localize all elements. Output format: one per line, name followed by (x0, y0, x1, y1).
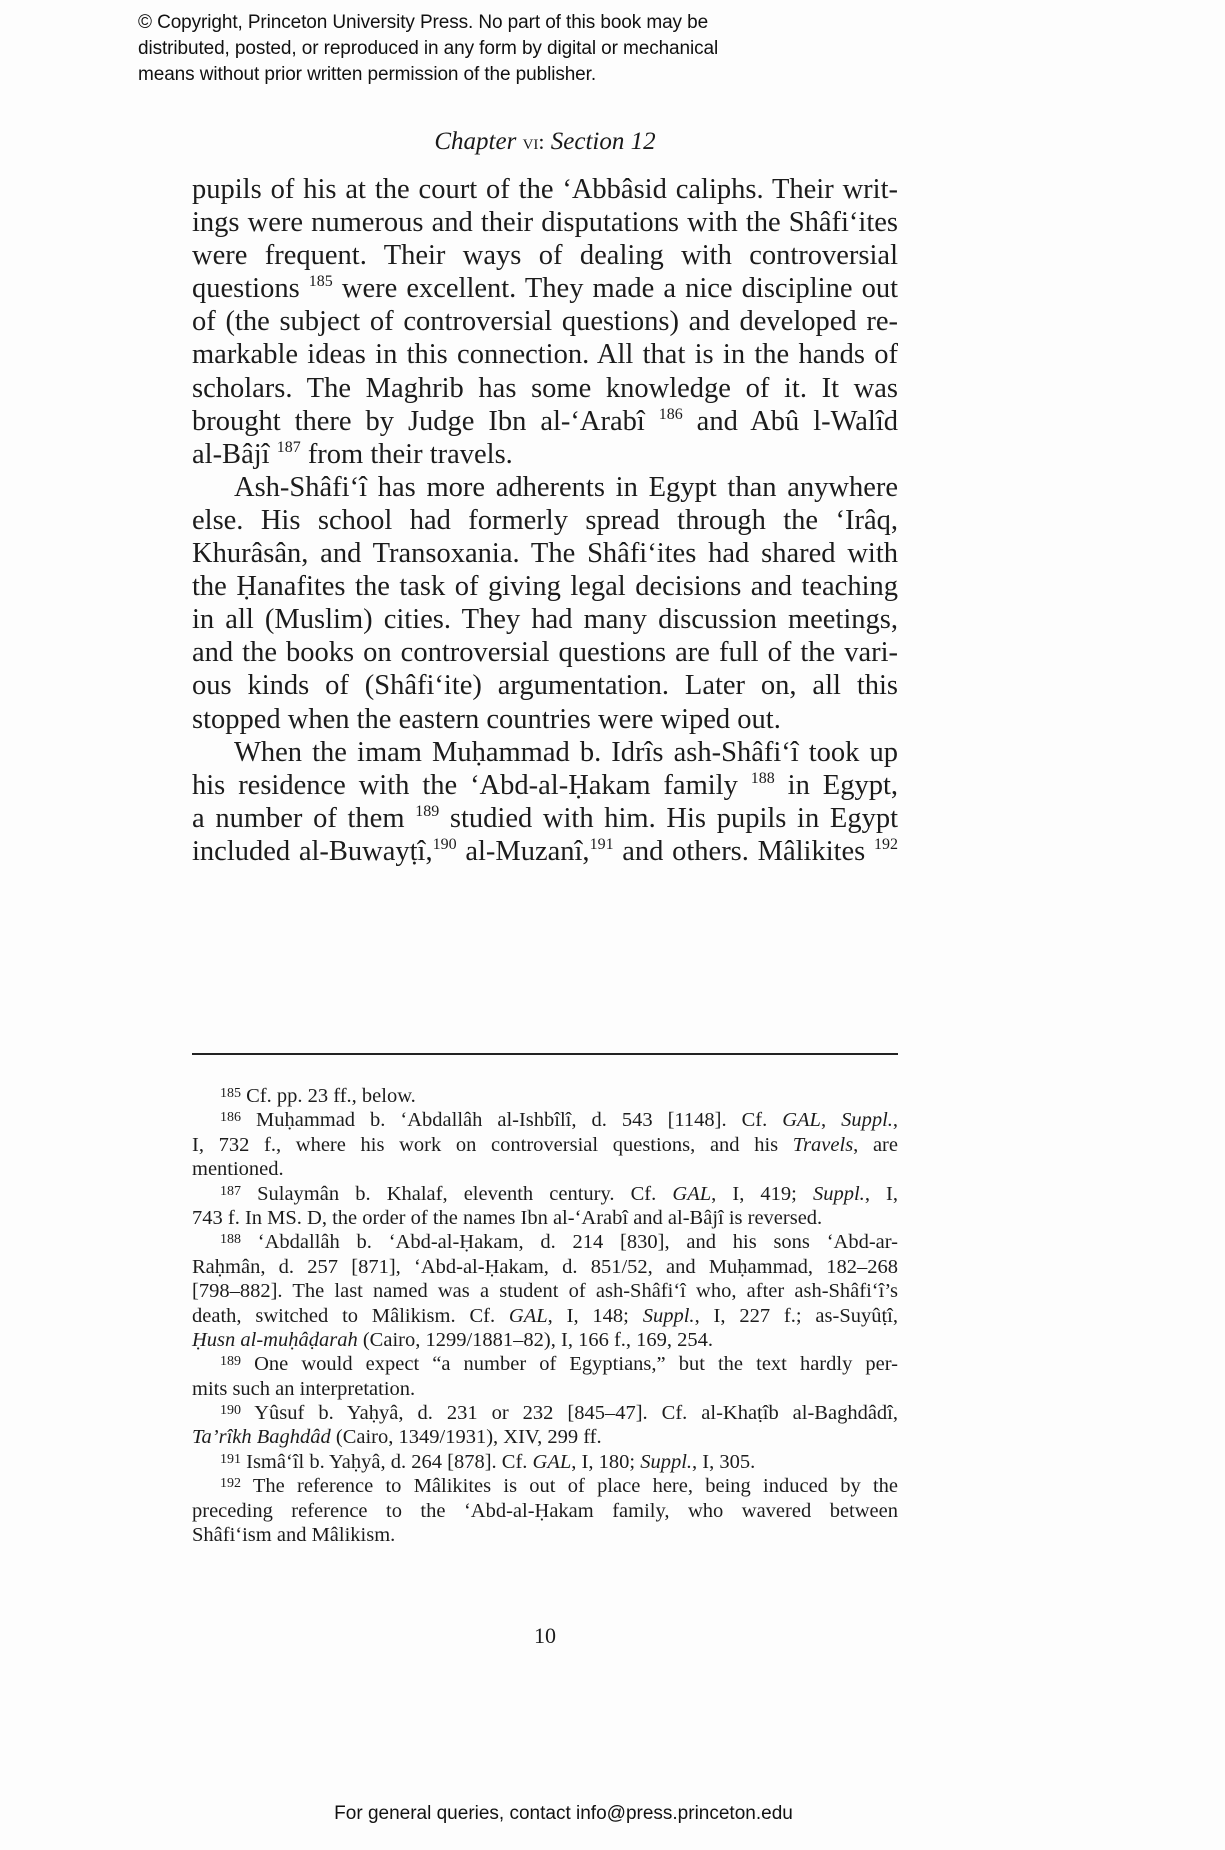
footnote-reference[interactable]: 187 (277, 439, 301, 456)
body-line-text: were frequent. Their ways of dealing wit… (192, 240, 898, 271)
footnote-text: Yûsuf b. Yaḥyâ, d. 231 or 232 [845–47]. … (241, 1402, 898, 1424)
body-line-text: and others. Mâlikites (614, 836, 874, 867)
footnote-line: 185 Cf. pp. 23 ff., below. (192, 1084, 898, 1108)
footnote-line: Ta’rîkh Baghdâd (Cairo, 1349/1931), XIV,… (192, 1425, 898, 1449)
footnote-number: 189 (220, 1354, 241, 1369)
body-line: brought there by Judge Ibn al-‘Arabî 186… (192, 405, 898, 438)
footnote-text: 743 f. In MS. D, the order of the names … (192, 1207, 822, 1229)
footnote-line: 190 Yûsuf b. Yaḥyâ, d. 231 or 232 [845–4… (192, 1401, 898, 1425)
body-line-text: markable ideas in this connection. All t… (192, 339, 898, 370)
footer-contact-text: For general queries, contact info@press.… (334, 1803, 793, 1825)
footnote-reference[interactable]: 192 (874, 836, 898, 853)
footnote-line: 192 The reference to Mâlikites is out of… (192, 1474, 898, 1498)
footnote-reference[interactable]: 188 (751, 770, 775, 787)
footnote-citation-title: Ta’rîkh Baghdâd (192, 1426, 331, 1448)
body-line: When the imam Muḥammad b. Idrîs ash-Shâf… (192, 736, 898, 769)
footnote-reference[interactable]: 189 (415, 803, 439, 820)
footnote-text: , (893, 1109, 898, 1131)
footnote-citation-title: GAL (533, 1451, 572, 1473)
body-line: Khurâsân, and Transoxania. The Shâfi‘ite… (192, 537, 898, 570)
footnote-line: 189 One would expect “a number of Egypti… (192, 1352, 898, 1376)
footnote-text: , I, 305. (692, 1451, 755, 1473)
footnote-number: 186 (220, 1110, 241, 1125)
footnote-reference[interactable]: 190 (433, 836, 457, 853)
body-line: and the books on controversial questions… (192, 636, 898, 669)
copyright-notice: © Copyright, Princeton University Press.… (138, 10, 1008, 88)
footnote-citation-title: Travels (793, 1134, 853, 1156)
footnote-line: mits such an interpretation. (192, 1377, 898, 1401)
footnote-text: Raḥmân, d. 257 [871], ‘Abd-al-Ḥakam, d. … (192, 1256, 898, 1278)
body-line-text: and Abû l-Walîd (683, 406, 898, 437)
body-line: ous kinds of (Shâfi‘ite) argumentation. … (192, 669, 898, 702)
body-line: the Ḥanafites the task of giving legal d… (192, 570, 898, 603)
footnote-text: Sulaymân b. Khalaf, eleventh century. Cf… (241, 1183, 672, 1205)
running-head-numeral: vi: (523, 129, 545, 154)
body-line-text: scholars. The Maghrib has some knowledge… (192, 373, 898, 404)
body-line-text: in Egypt, (775, 770, 898, 801)
footnote-text: , I, (865, 1183, 898, 1205)
body-line-text: from their travels. (301, 439, 513, 470)
copyright-line: distributed, posted, or reproduced in an… (138, 36, 1008, 62)
footnote-number: 191 (220, 1452, 241, 1467)
footnote-line: Ḥusn al-muḥâḍarah (Cairo, 1299/1881–82),… (192, 1328, 898, 1352)
footnote-line: preceding reference to the ‘Abd-al-Ḥakam… (192, 1499, 898, 1523)
footnote-line: Raḥmân, d. 257 [871], ‘Abd-al-Ḥakam, d. … (192, 1255, 898, 1279)
book-page: © Copyright, Princeton University Press.… (0, 0, 1225, 1850)
running-head-section: Section 12 (551, 128, 656, 155)
body-line-text: brought there by Judge Ibn al-‘Arabî (192, 406, 659, 437)
body-line-text: studied with him. His pupils in Egypt (439, 803, 898, 834)
footnotes: 185 Cf. pp. 23 ff., below.186 Muḥammad b… (192, 1084, 898, 1547)
footnote-text: ‘Abdallâh b. ‘Abd-al-Ḥakam, d. 214 [830]… (241, 1231, 898, 1253)
footnote-text: One would expect “a number of Egyptians,… (241, 1353, 898, 1375)
footnote-separator (192, 1053, 898, 1055)
footnote-line: mentioned. (192, 1157, 898, 1181)
footnote-line: I, 732 f., where his work on controversi… (192, 1133, 898, 1157)
footnote-number: 188 (220, 1232, 241, 1247)
body-line-text: were excellent. They made a nice discipl… (333, 273, 898, 304)
body-line: included al-Buwayṭî,190 al-Muzanî,191 an… (192, 835, 898, 868)
body-line-text: al-Bâjî (192, 439, 277, 470)
footnote-text: I, 732 f., where his work on controversi… (192, 1134, 793, 1156)
body-line: questions 185 were excellent. They made … (192, 272, 898, 305)
footnote-text: Muḥammad b. ‘Abdallâh al-Ishbîlî, d. 543… (241, 1109, 782, 1131)
footnote-line: death, switched to Mâlikism. Cf. GAL, I,… (192, 1304, 898, 1328)
body-line-text: included al-Buwayṭî, (192, 836, 433, 867)
body-line-text: ings were numerous and their disputation… (192, 207, 898, 238)
body-line-text: else. His school had formerly spread thr… (192, 505, 898, 536)
footnote-text: Ismâ‘îl b. Yaḥyâ, d. 264 [878]. Cf. (241, 1451, 533, 1473)
footnote-text: , are (853, 1134, 898, 1156)
body-line-text: the Ḥanafites the task of giving legal d… (192, 571, 898, 602)
footnote-text: Shâfi‘ism and Mâlikism. (192, 1524, 395, 1546)
copyright-line: means without prior written permission o… (138, 62, 1008, 88)
body-line-text: and the books on controversial questions… (192, 637, 898, 668)
body-line-text: al-Muzanî, (457, 836, 590, 867)
footnote-text: , I, 180; (571, 1451, 640, 1473)
footnote-line: 743 f. In MS. D, the order of the names … (192, 1206, 898, 1230)
footnote-text: , I, 419; (711, 1183, 813, 1205)
footnote-text: death, switched to Mâlikism. Cf. (192, 1305, 509, 1327)
footnote-line: Shâfi‘ism and Mâlikism. (192, 1523, 898, 1547)
body-line: were frequent. Their ways of dealing wit… (192, 239, 898, 272)
footnote-line: 188 ‘Abdallâh b. ‘Abd-al-Ḥakam, d. 214 [… (192, 1230, 898, 1254)
page-number: 10 (192, 1623, 898, 1649)
footnote-line: 186 Muḥammad b. ‘Abdallâh al-Ishbîlî, d.… (192, 1108, 898, 1132)
footnote-text: The reference to Mâlikites is out of pla… (241, 1475, 898, 1497)
running-head: Chapter vi: Section 12 (192, 128, 898, 156)
body-line-text: Ash-Shâfi‘î has more adherents in Egypt … (234, 472, 898, 503)
body-line: stopped when the eastern countries were … (192, 703, 898, 736)
footnote-text: , (821, 1109, 841, 1131)
body-line: al-Bâjî 187 from their travels. (192, 438, 898, 471)
footnote-text: [798–882]. The last named was a student … (192, 1280, 898, 1302)
body-text: pupils of his at the court of the ‘Abbâs… (192, 173, 898, 868)
body-line: markable ideas in this connection. All t… (192, 338, 898, 371)
body-line: Ash-Shâfi‘î has more adherents in Egypt … (192, 471, 898, 504)
body-line: in all (Muslim) cities. They had many di… (192, 603, 898, 636)
footnote-text: (Cairo, 1349/1931), XIV, 299 ff. (331, 1426, 602, 1448)
body-line: else. His school had formerly spread thr… (192, 504, 898, 537)
footnote-number: 190 (220, 1403, 241, 1418)
body-line: of (the subject of controversial questio… (192, 305, 898, 338)
footnote-citation-title: Suppl. (841, 1109, 893, 1131)
footnote-text: mits such an interpretation. (192, 1378, 415, 1400)
footnote-citation-title: Suppl. (643, 1305, 695, 1327)
body-line-text: Khurâsân, and Transoxania. The Shâfi‘ite… (192, 538, 898, 569)
footnote-citation-title: Suppl. (640, 1451, 692, 1473)
body-line: pupils of his at the court of the ‘Abbâs… (192, 173, 898, 206)
body-line-text: ous kinds of (Shâfi‘ite) argumentation. … (192, 670, 898, 701)
body-line: a number of them 189 studied with him. H… (192, 802, 898, 835)
body-line: scholars. The Maghrib has some knowledge… (192, 372, 898, 405)
footnote-line: [798–882]. The last named was a student … (192, 1279, 898, 1303)
footnote-reference[interactable]: 185 (309, 273, 333, 290)
footnote-text: (Cairo, 1299/1881–82), I, 166 f., 169, 2… (358, 1329, 713, 1351)
body-line: ings were numerous and their disputation… (192, 206, 898, 239)
footnote-number: 185 (220, 1086, 241, 1101)
footnote-text: Cf. pp. 23 ff., below. (241, 1085, 416, 1107)
footnote-citation-title: GAL (672, 1183, 711, 1205)
body-line: his residence with the ‘Abd-al-Ḥakam fam… (192, 769, 898, 802)
footnote-line: 191 Ismâ‘îl b. Yaḥyâ, d. 264 [878]. Cf. … (192, 1450, 898, 1474)
footnote-reference[interactable]: 191 (590, 836, 614, 853)
body-line-text: his residence with the ‘Abd-al-Ḥakam fam… (192, 770, 751, 801)
footnote-citation-title: Ḥusn al-muḥâḍarah (192, 1329, 358, 1351)
body-line-text: stopped when the eastern countries were … (192, 704, 781, 735)
footnote-line: 187 Sulaymân b. Khalaf, eleventh century… (192, 1182, 898, 1206)
footnote-number: 192 (220, 1476, 241, 1491)
footnote-text: , I, 148; (548, 1305, 643, 1327)
footnote-citation-title: GAL (509, 1305, 548, 1327)
body-line-text: of (the subject of controversial questio… (192, 306, 898, 337)
footnote-text: preceding reference to the ‘Abd-al-Ḥakam… (192, 1500, 898, 1522)
footnote-reference[interactable]: 186 (659, 406, 683, 423)
running-head-chapter: Chapter (434, 128, 516, 155)
body-line-text: questions (192, 273, 309, 304)
footnote-citation-title: GAL (782, 1109, 821, 1131)
body-line-text: pupils of his at the court of the ‘Abbâs… (192, 174, 898, 205)
body-line-text: in all (Muslim) cities. They had many di… (192, 604, 898, 635)
footnote-citation-title: Suppl. (813, 1183, 865, 1205)
footnote-number: 187 (220, 1184, 241, 1199)
body-line-text: When the imam Muḥammad b. Idrîs ash-Shâf… (234, 737, 898, 768)
footnote-text: mentioned. (192, 1158, 284, 1180)
footnote-text: , I, 227 f.; as-Suyûṭî, (695, 1305, 898, 1327)
body-line-text: a number of them (192, 803, 415, 834)
copyright-line: © Copyright, Princeton University Press.… (138, 10, 1008, 36)
footer-contact: For general queries, contact info@press.… (0, 1803, 1225, 1825)
